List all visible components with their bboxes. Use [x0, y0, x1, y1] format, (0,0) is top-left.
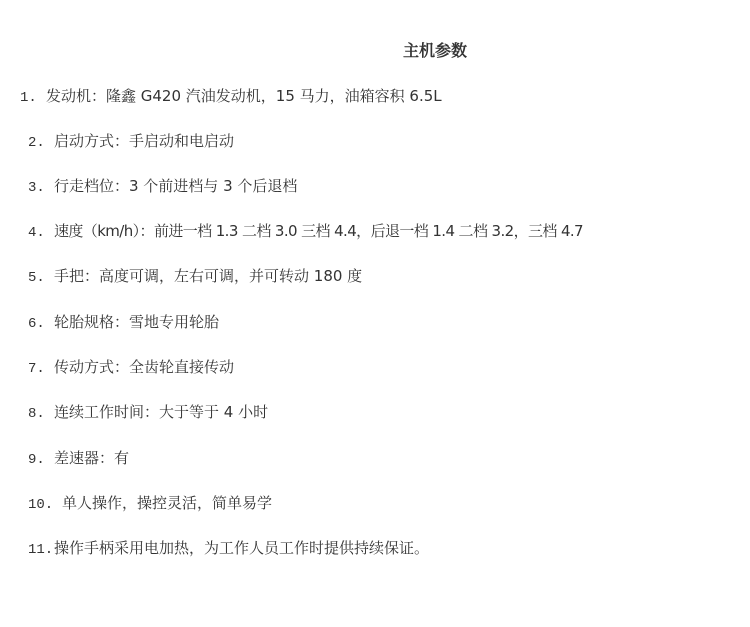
- item-number: 6.: [28, 314, 54, 334]
- spec-item-4: 4.速度（km/h）：前进一档 1.3 二档 3.0 三档 4.4，后退一档 1…: [28, 221, 583, 243]
- spec-item-9: 9.差速器：有: [28, 448, 129, 470]
- spec-item-7: 7.传动方式：全齿轮直接传动: [28, 357, 234, 379]
- item-text: 手把：高度可调，左右可调，并可转动 180 度: [54, 267, 362, 285]
- item-text: 轮胎规格：雪地专用轮胎: [54, 313, 219, 331]
- spec-item-2: 2.启动方式：手启动和电启动: [28, 131, 234, 153]
- spec-item-3: 3.行走档位：3 个前进档与 3 个后退档: [28, 176, 297, 198]
- spec-item-10: 10.单人操作，操控灵活，简单易学: [28, 493, 272, 515]
- item-number: 4.: [28, 223, 54, 243]
- spec-item-11: 11.操作手柄采用电加热，为工作人员工作时提供持续保证。: [28, 538, 429, 560]
- item-number: 8.: [28, 404, 54, 424]
- item-text: 发动机：隆鑫 G420 汽油发动机，15 马力，油箱容积 6.5L: [46, 87, 442, 105]
- item-text: 传动方式：全齿轮直接传动: [54, 358, 234, 376]
- item-number: 9.: [28, 450, 54, 470]
- spec-item-6: 6.轮胎规格：雪地专用轮胎: [28, 312, 219, 334]
- item-number: 7.: [28, 359, 54, 379]
- item-number: 10.: [28, 495, 62, 515]
- spec-item-1: 1.发动机：隆鑫 G420 汽油发动机，15 马力，油箱容积 6.5L: [20, 86, 442, 108]
- item-text: 单人操作，操控灵活，简单易学: [62, 494, 272, 512]
- item-text: 操作手柄采用电加热，为工作人员工作时提供持续保证。: [54, 539, 429, 557]
- item-text: 差速器：有: [54, 449, 129, 467]
- item-number: 11.: [28, 540, 54, 560]
- spec-item-5: 5.手把：高度可调，左右可调，并可转动 180 度: [28, 266, 362, 288]
- item-text: 连续工作时间：大于等于 4 小时: [54, 403, 268, 421]
- spec-item-8: 8.连续工作时间：大于等于 4 小时: [28, 402, 268, 424]
- item-text: 启动方式：手启动和电启动: [54, 132, 234, 150]
- page-title: 主机参数: [403, 38, 467, 61]
- item-text: 速度（km/h）：前进一档 1.3 二档 3.0 三档 4.4，后退一档 1.4…: [54, 222, 583, 240]
- item-number: 5.: [28, 268, 54, 288]
- item-text: 行走档位：3 个前进档与 3 个后退档: [54, 177, 297, 195]
- item-number: 1.: [20, 88, 46, 108]
- item-number: 3.: [28, 178, 54, 198]
- item-number: 2.: [28, 133, 54, 153]
